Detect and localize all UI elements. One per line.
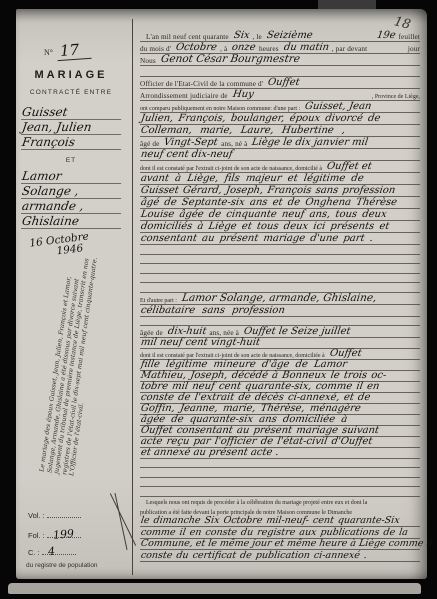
handwritten-text: tobre mil neuf cent quarante-six, comme … (140, 381, 380, 392)
register-caption: du registre de population (26, 562, 98, 569)
handwritten-text: Guisset Gérard, Joseph, François sans pr… (140, 185, 396, 196)
form-line: conste du certificat de publication ci-a… (140, 550, 420, 562)
form-line: consentant au présent mariage d'une part… (140, 233, 420, 245)
handwritten-text: domiciliés à Liège et tous deux ici prés… (140, 221, 390, 232)
form-line (140, 459, 420, 469)
printed-text: jour (408, 45, 420, 53)
handwritten-text: Guisset, Jean (304, 101, 372, 112)
form-line: Lesquels nous ont requis de procéder à l… (140, 497, 420, 507)
form-line: domiciliés à Liège et tous deux ici prés… (140, 221, 420, 233)
printed-text: dont il est constaté par l'extrait ci-jo… (140, 353, 325, 359)
handwritten-text: du matin (283, 42, 330, 53)
groom-name-block: Guisset Jean, Julien François (22, 105, 122, 150)
form-line: comme il en conste du registre aux publi… (140, 527, 420, 539)
form-line: dont il est constaté par l'extrait ci-jo… (140, 161, 420, 173)
printed-text: Nous (140, 57, 156, 65)
handwritten-text: âgée de quarante-six ans domiciliée à (140, 414, 348, 425)
handwritten-text: le dimanche Six Octobre mil-neuf- cent q… (140, 515, 400, 526)
form-line: et annexé au présent acte . (140, 448, 420, 459)
handwritten-text: neuf cent dix-neuf (140, 149, 234, 160)
divorce-annotation: Le mariage des époux Guisset, Jean, Juli… (38, 247, 107, 476)
form-line: L'an mil neuf cent quaranteSix, leSeiziè… (140, 30, 420, 42)
form-line: Louise âgée de cinquante neuf ans, tous … (140, 209, 420, 221)
act-number-label: N° (44, 48, 53, 57)
form-line: Arrondissement judiciaire deHuy, Provinc… (140, 89, 420, 101)
bride-name-block: Lamor Solange , armande , Ghislaine (22, 169, 122, 229)
form-line (140, 478, 420, 488)
handwritten-text: Genot César Bourgmestre (160, 53, 301, 65)
vol-row: Vol. : (28, 511, 74, 528)
handwritten-text: Liège le dix janvier mil (251, 137, 369, 148)
act-number-block: N° 17 (44, 41, 91, 60)
form-line: acte reçu par l'officier de l'état-civil… (140, 437, 420, 448)
form-line: Guisset Gérard, Joseph, François sans pr… (140, 185, 420, 197)
handwritten-text: avant à Liège, fils majeur et légitime d… (140, 173, 365, 184)
form-line: âgé deVingt-Septans, né àLiège le dix ja… (140, 137, 420, 149)
handwritten-text: onze (231, 42, 256, 53)
handwritten-text: comme il en conste du registre aux publi… (140, 527, 409, 538)
bride-name-line: Solange , (21, 184, 123, 199)
handwritten-text: conste du certificat de publication ci-a… (140, 550, 368, 561)
form-line: Julien, François, boulanger, époux divor… (140, 113, 420, 125)
form-lines: L'an mil neuf cent quaranteSix, leSeiziè… (140, 30, 420, 562)
handwritten-text: conste de l'extrait de décès ci-annexé, … (140, 392, 371, 403)
printed-text: feuillet (398, 33, 420, 41)
form-line: Mathieu, Joseph, décédé à Bonneux le tro… (140, 371, 420, 382)
act-title: MARIAGE (16, 69, 126, 81)
register-page: 18 N° 17 MARIAGE CONTRACTÉ ENTRE Guisset… (16, 9, 427, 579)
form-line: dont il est constaté par l'extrait ci-jo… (140, 349, 420, 360)
printed-text: âgée de (140, 329, 163, 337)
form-line (140, 487, 420, 497)
handwritten-text: Goffin, Jeanne, marie, Thérèse, ménagère (140, 403, 362, 414)
handwritten-text: dix-huit (167, 326, 207, 337)
printed-text: ans, née à (209, 329, 239, 337)
form-line: ont comparu publiquement en notre Maison… (140, 101, 420, 113)
form-line: tobre mil neuf cent quarante-six, comme … (140, 382, 420, 393)
fol-label: Fol. : (28, 531, 45, 540)
handwritten-text: Seizième (266, 30, 314, 41)
form-line: le dimanche Six Octobre mil-neuf- cent q… (140, 516, 420, 528)
fol-row: Fol. : 199 (28, 528, 74, 545)
form-line: Et d'autre part :Lamor Solange, armande,… (140, 293, 420, 305)
printed-text: heures (259, 45, 279, 53)
scanned-marriage-record: 18 N° 17 MARIAGE CONTRACTÉ ENTRE Guisset… (0, 0, 437, 599)
handwritten-text: fille légitime mineure d'âge de Lamor (140, 359, 348, 370)
printed-text: du mois d' (140, 45, 171, 53)
form-line: conste de l'extrait de décès ci-annexé, … (140, 393, 420, 404)
margin-column: N° 17 MARIAGE CONTRACTÉ ENTRE Guisset Je… (16, 19, 133, 575)
c-row: C. : 4 (28, 545, 74, 562)
printed-text: ans, né à (221, 140, 247, 148)
c-leader (42, 554, 76, 555)
form-line: fille légitime mineure d'âge de Lamor (140, 360, 420, 371)
handwritten-text: Ouffet (329, 348, 362, 359)
printed-text: , à (220, 45, 227, 53)
bride-name-line: armande , (21, 199, 123, 214)
handwritten-text: Julien, François, boulanger, époux divor… (140, 113, 381, 124)
form-line (140, 255, 420, 265)
printed-text: , par devant (332, 45, 368, 53)
form-line (140, 274, 420, 284)
vol-label: Vol. : (28, 511, 45, 520)
printed-text: âgé de (140, 140, 159, 148)
printed-text: ont comparu publiquement en notre Maison… (140, 106, 300, 112)
handwritten-text: Octobre (175, 42, 218, 53)
form-line (140, 317, 420, 327)
printed-text: dont il est constaté par l'extrait ci-jo… (140, 166, 322, 172)
groom-name-line: François (21, 135, 123, 150)
form-line: NousGenot César Bourgmestre (140, 54, 420, 66)
handwritten-text: Vingt-Sept (163, 137, 218, 148)
bride-name-line: Lamor (21, 169, 123, 184)
handwritten-text: Ouffet le Seize juillet (243, 326, 351, 337)
printed-text: Arrondissement judiciaire de (140, 92, 228, 100)
fol-value: 199 (52, 527, 74, 542)
handwritten-text: Colleman, marie, Laure, Hubertine , (140, 125, 346, 136)
handwritten-text: Louise âgée de cinquante neuf ans, tous … (140, 209, 388, 220)
printed-text: , le (252, 33, 261, 41)
handwritten-text: 19e (376, 30, 396, 41)
handwritten-text: Lamor Solange, armande, Ghislaine, (181, 292, 377, 304)
form-line: âgé de Septante-six ans et de Onghena Th… (140, 197, 420, 209)
handwritten-text: Commune, et le même jour et même heure à… (140, 538, 433, 549)
ink-stroke (114, 493, 127, 550)
form-line (140, 468, 420, 478)
vol-leader (47, 517, 81, 518)
groom-name-line: Jean, Julien (21, 120, 123, 135)
form-line: avant à Liège, fils majeur et légitime d… (140, 173, 420, 185)
form-line (140, 66, 420, 77)
handwritten-text: Six (233, 30, 250, 41)
printed-text: Lesquels nous ont requis de procéder à l… (146, 500, 367, 506)
printed-text: Officier de l'Etat-Civil de la commune d… (140, 80, 263, 88)
form-line (140, 245, 420, 255)
handwritten-text: Ouffet consentant au présent mariage sui… (140, 425, 380, 436)
form-line: Officier de l'Etat-Civil de la commune d… (140, 77, 420, 89)
handwritten-text: âgé de Septante-six ans et de Onghena Th… (140, 197, 398, 208)
underlying-page-edge (8, 583, 421, 594)
handwritten-text: mil neuf cent vingt-huit (140, 337, 261, 348)
et-label: ET (16, 157, 126, 164)
form-line: mil neuf cent vingt-huit (140, 338, 420, 349)
form-line: Commune, et le même jour et même heure à… (140, 539, 420, 551)
form-line: Colleman, marie, Laure, Hubertine , (140, 125, 420, 137)
handwritten-text: consentant au présent mariage d'une part… (140, 233, 374, 244)
handwritten-text: Huy (232, 89, 255, 100)
handwritten-text: acte reçu par l'officier de l'état-civil… (140, 436, 373, 447)
groom-name-line: Guisset (21, 105, 123, 120)
c-label: C. : (28, 548, 40, 557)
handwritten-text: Ouffet (267, 77, 300, 88)
handwritten-text: et annexé au présent acte . (140, 447, 280, 458)
register-references: Vol. : Fol. : 199 C. : 4 (28, 511, 74, 562)
act-subtitle: CONTRACTÉ ENTRE (16, 89, 126, 96)
form-line: âgée de quarante-six ans domiciliée à (140, 415, 420, 426)
handwritten-text: célibataire sans profession (140, 305, 286, 316)
printed-text: L'an mil neuf cent quarante (146, 33, 229, 41)
handwritten-text: Mathieu, Joseph, décédé à Bonneux le tro… (140, 370, 387, 381)
form-line (140, 264, 420, 274)
printed-text: Et d'autre part : (140, 298, 177, 304)
bride-name-line: Ghislaine (21, 214, 123, 229)
form-line: Goffin, Jeanne, marie, Thérèse, ménagère (140, 404, 420, 415)
handwritten-text: Ouffet et (326, 161, 373, 172)
form-line: neuf cent dix-neuf (140, 149, 420, 161)
c-value: 4 (47, 545, 55, 559)
form-line: Ouffet consentant au présent mariage sui… (140, 426, 420, 437)
printed-text: , Province de Liège, (372, 94, 420, 100)
form-line: célibataire sans profession (140, 305, 420, 317)
act-number-value: 17 (56, 40, 91, 61)
